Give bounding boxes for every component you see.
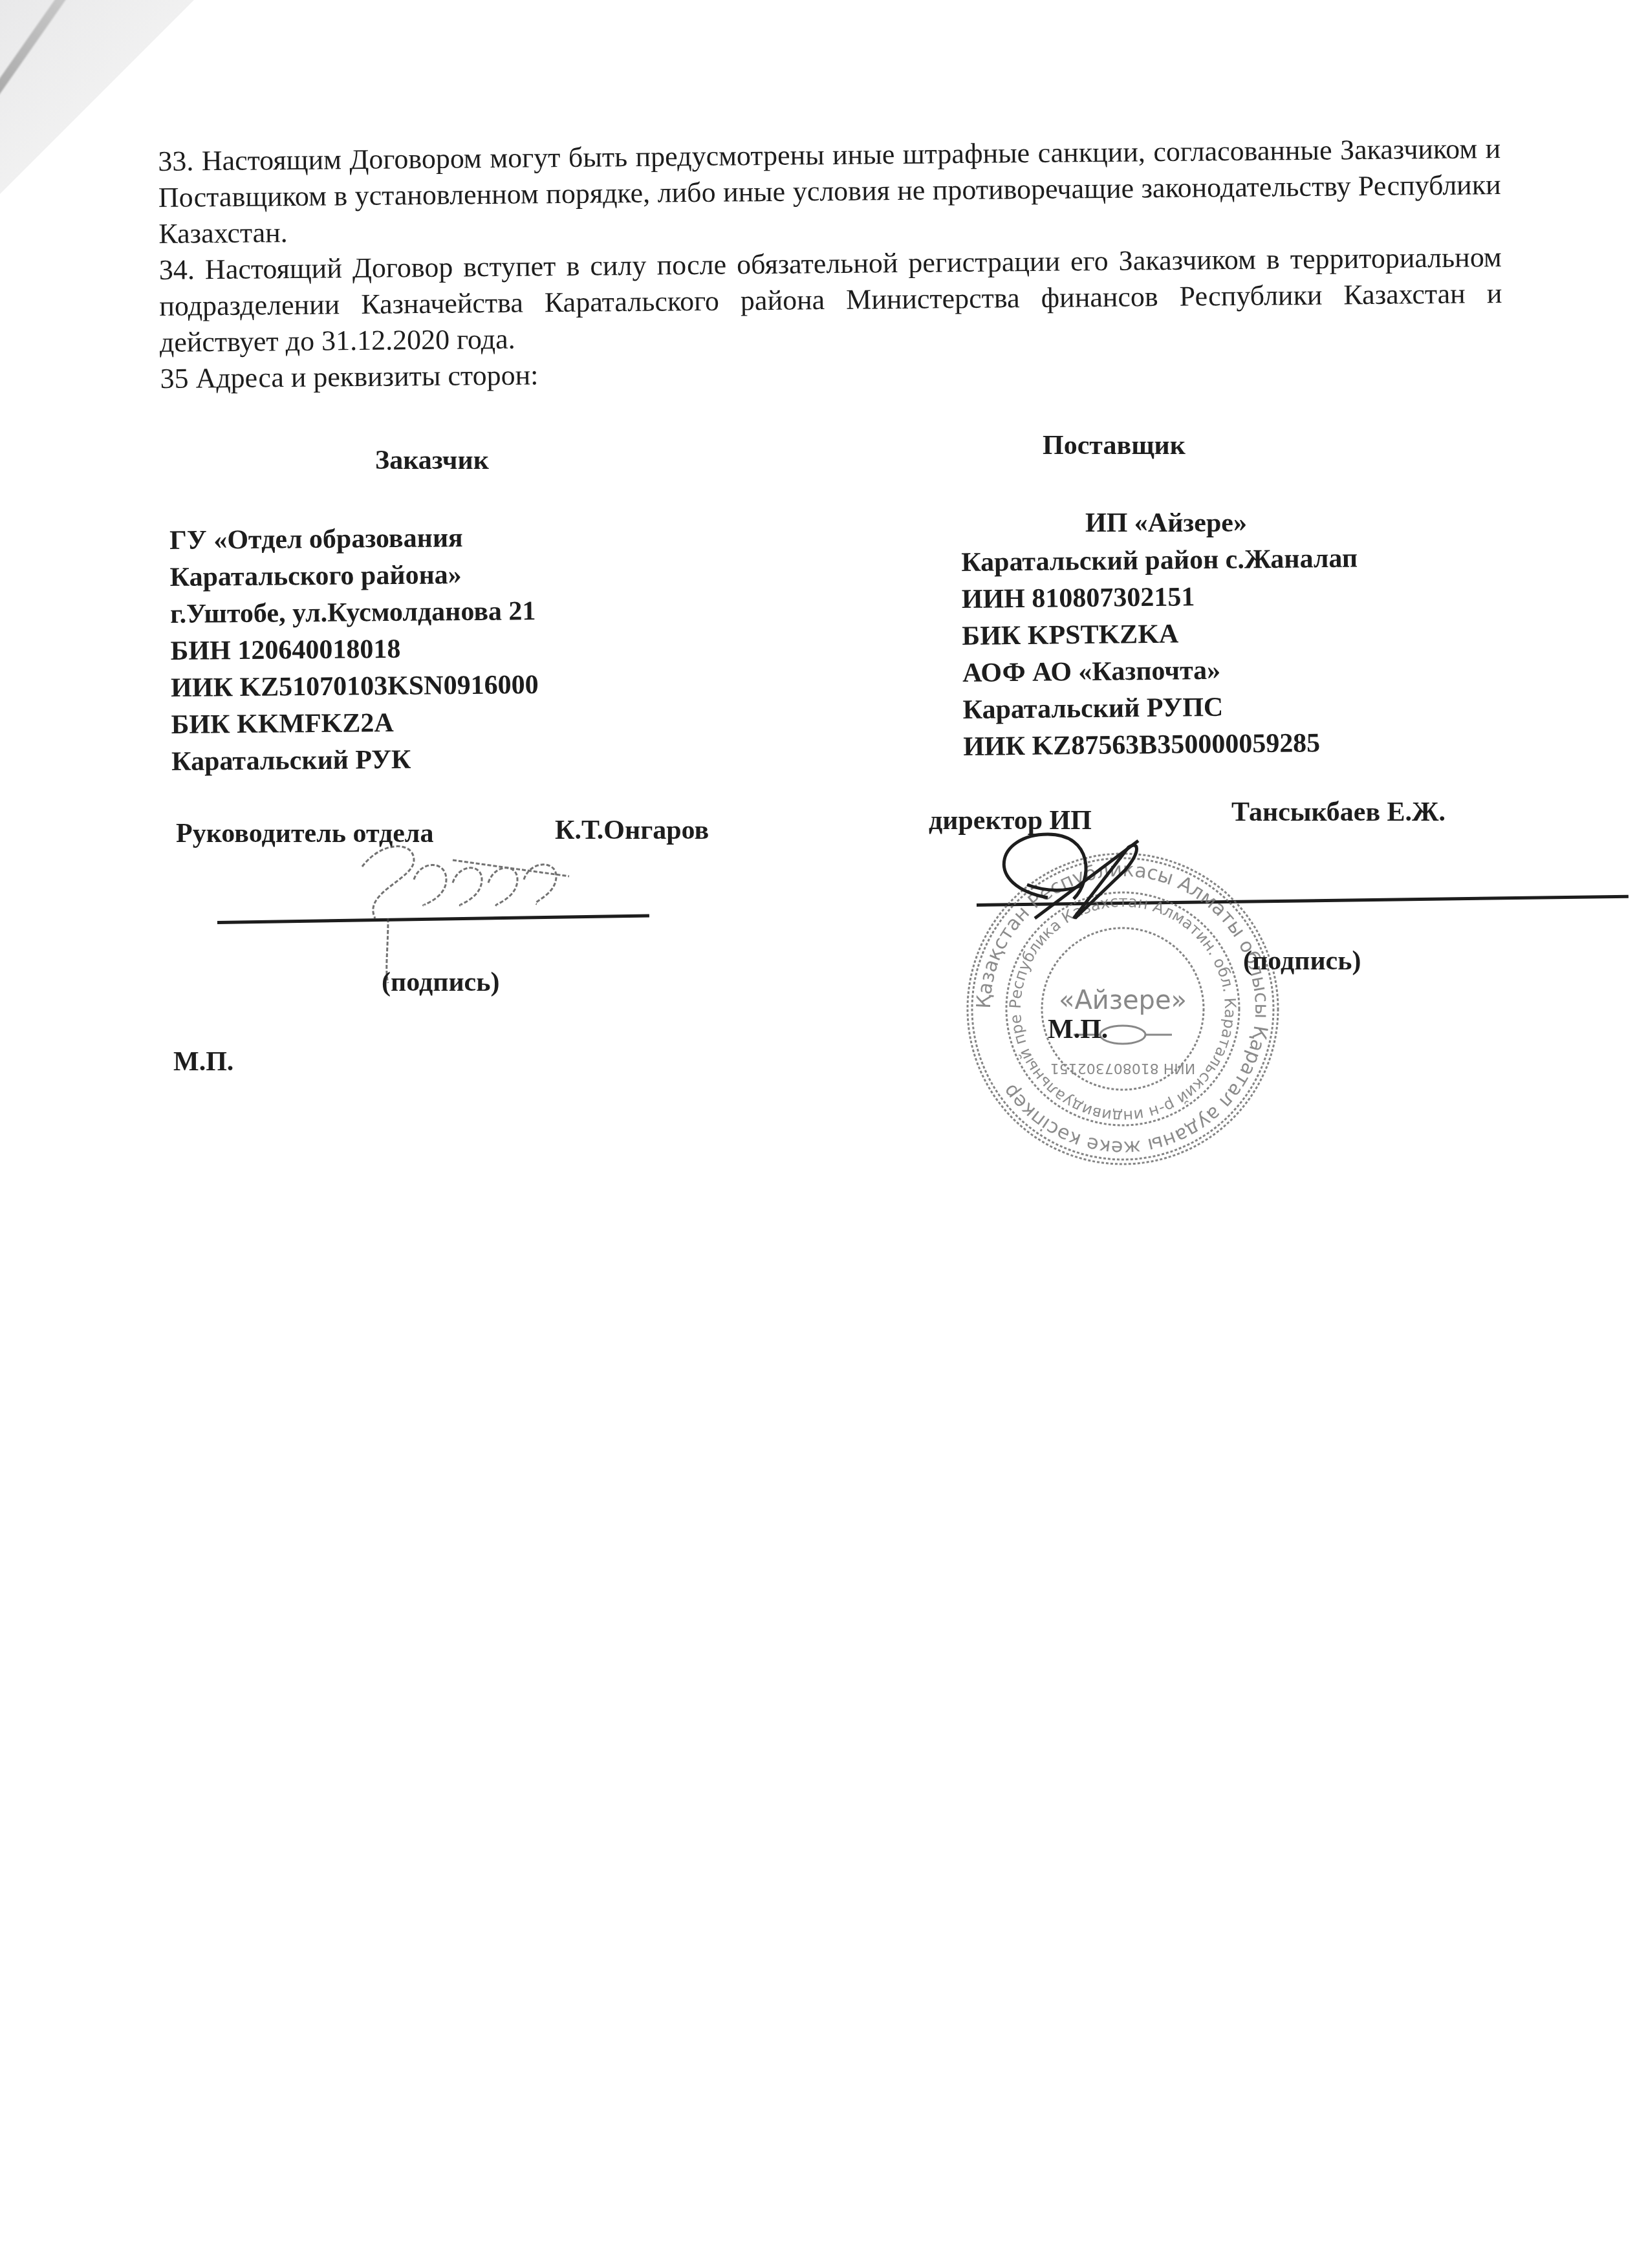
supplier-signature-caption: (подпись): [1243, 945, 1361, 977]
handwritten-signature-icon: [0, 0, 1635, 2268]
party-details: Заказчик ГУ «Отдел образованияКаратальск…: [0, 0, 1635, 2268]
supplier-seal-label: М.П.: [1048, 1014, 1108, 1045]
